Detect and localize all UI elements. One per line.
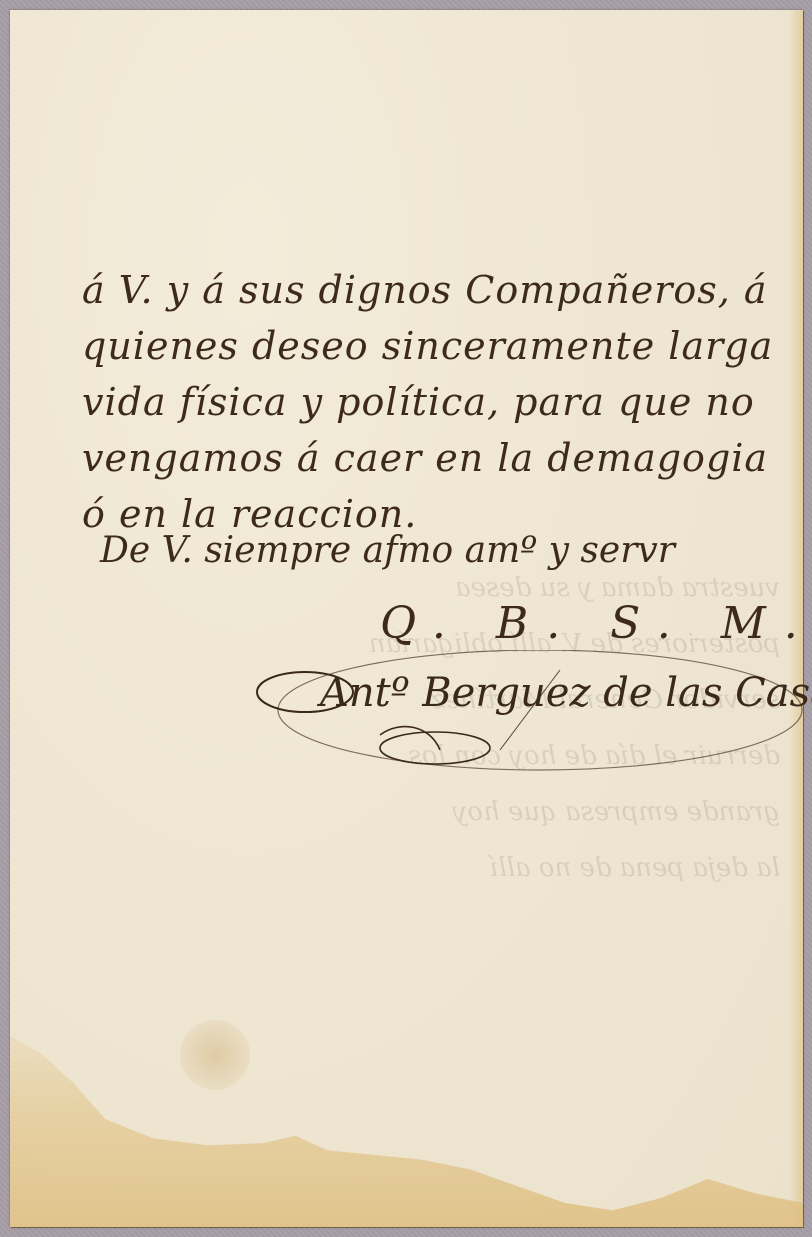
foxing-spot xyxy=(180,1020,250,1090)
signature: Antº Berguez de las Casas xyxy=(250,650,810,780)
signature-name: Antº Berguez de las Casas xyxy=(320,670,812,716)
letter-line: á V. y á sus dignos Compañeros, á xyxy=(82,262,802,318)
letter-body: á V. y á sus dignos Compañeros, á quiene… xyxy=(82,262,802,542)
letter-line: vida física y política, para que no xyxy=(82,374,802,430)
closing-salutation: De V. siempre afmo amº y servr xyxy=(100,530,675,571)
closing-abbreviation: Q. B. S. M. xyxy=(380,598,812,649)
letter-line: quienes deseo sinceramente larga xyxy=(82,318,802,374)
letter-line: vengamos á caer en la demagogia xyxy=(82,430,802,486)
water-damage-stain xyxy=(10,987,803,1227)
